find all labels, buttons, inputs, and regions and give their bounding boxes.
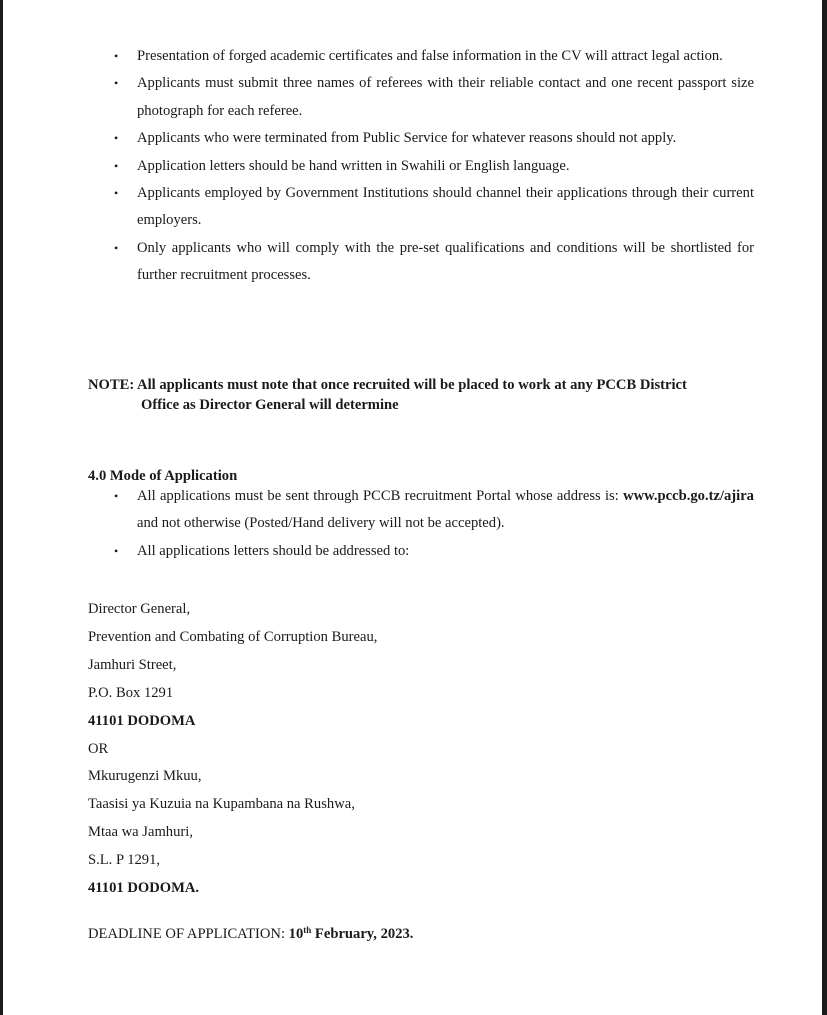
deadline-month-year: February, 2023. (311, 926, 413, 942)
bullet-icon: • (114, 153, 118, 180)
address-line: Director General, (88, 596, 377, 624)
list-item-text: All applications letters should be addre… (137, 538, 754, 565)
address-line: P.O. Box 1291 (88, 680, 377, 708)
note-line-2: Office as Director General will determin… (88, 395, 758, 415)
deadline-date: 10th February, 2023. (289, 926, 414, 942)
bullet-icon: • (114, 70, 118, 97)
list-item: •Only applicants who will comply with th… (114, 235, 754, 290)
address-line-swahili: Mtaa wa Jamhuri, (88, 819, 377, 847)
list-item-text: Applicants who were terminated from Publ… (137, 125, 754, 152)
portal-instruction-suffix: and not otherwise (Posted/Hand delivery … (137, 515, 505, 531)
bullet-icon: • (114, 538, 118, 565)
bullet-icon: • (114, 43, 118, 70)
portal-instruction-text: All applications must be sent through PC… (137, 488, 619, 504)
bullet-icon: • (114, 483, 118, 510)
list-item: •Applicants who were terminated from Pub… (114, 125, 754, 152)
deadline-label: DEADLINE OF APPLICATION: (88, 926, 289, 942)
left-edge-border (0, 0, 3, 1015)
list-item-text: Application letters should be hand writt… (137, 153, 754, 180)
address-city-line: 41101 DODOMA (88, 708, 377, 736)
address-line: Prevention and Combating of Corruption B… (88, 624, 377, 652)
conditions-list: •Presentation of forged academic certifi… (114, 43, 754, 290)
address-block: Director General, Prevention and Combati… (88, 596, 377, 903)
bullet-icon: • (114, 180, 118, 207)
list-item-text: Only applicants who will comply with the… (137, 235, 754, 290)
document-page: •Presentation of forged academic certifi… (0, 0, 827, 1015)
list-item: •All applications letters should be addr… (114, 538, 754, 565)
note-line-1: NOTE: All applicants must note that once… (88, 377, 687, 393)
list-item-text: Applicants employed by Government Instit… (137, 180, 754, 235)
right-edge-border (822, 0, 827, 1015)
list-item-text: Applicants must submit three names of re… (137, 70, 754, 125)
placement-note: NOTE: All applicants must note that once… (88, 375, 758, 415)
address-city-line-swahili: 41101 DODOMA. (88, 875, 377, 903)
deadline-day: 10 (289, 926, 304, 942)
address-line-swahili: Taasisi ya Kuzuia na Kupambana na Rushwa… (88, 791, 377, 819)
bullet-icon: • (114, 125, 118, 152)
address-line: Jamhuri Street, (88, 652, 377, 680)
list-item: •Presentation of forged academic certifi… (114, 43, 754, 70)
list-item: •Applicants must submit three names of r… (114, 70, 754, 125)
list-item: •Application letters should be hand writ… (114, 153, 754, 180)
address-line-swahili: Mkurugenzi Mkuu, (88, 763, 377, 791)
address-line-swahili: S.L. P 1291, (88, 847, 377, 875)
mode-of-application-list: •All applications must be sent through P… (114, 483, 754, 565)
portal-url-link[interactable]: www.pccb.go.tz/ajira (623, 488, 754, 504)
list-item: •All applications must be sent through P… (114, 483, 754, 538)
or-separator: OR (88, 736, 377, 764)
list-item-text: Presentation of forged academic certific… (137, 43, 754, 70)
list-item-text: All applications must be sent through PC… (137, 483, 754, 538)
bullet-icon: • (114, 235, 118, 262)
list-item: •Applicants employed by Government Insti… (114, 180, 754, 235)
application-deadline: DEADLINE OF APPLICATION: 10th February, … (88, 924, 413, 944)
